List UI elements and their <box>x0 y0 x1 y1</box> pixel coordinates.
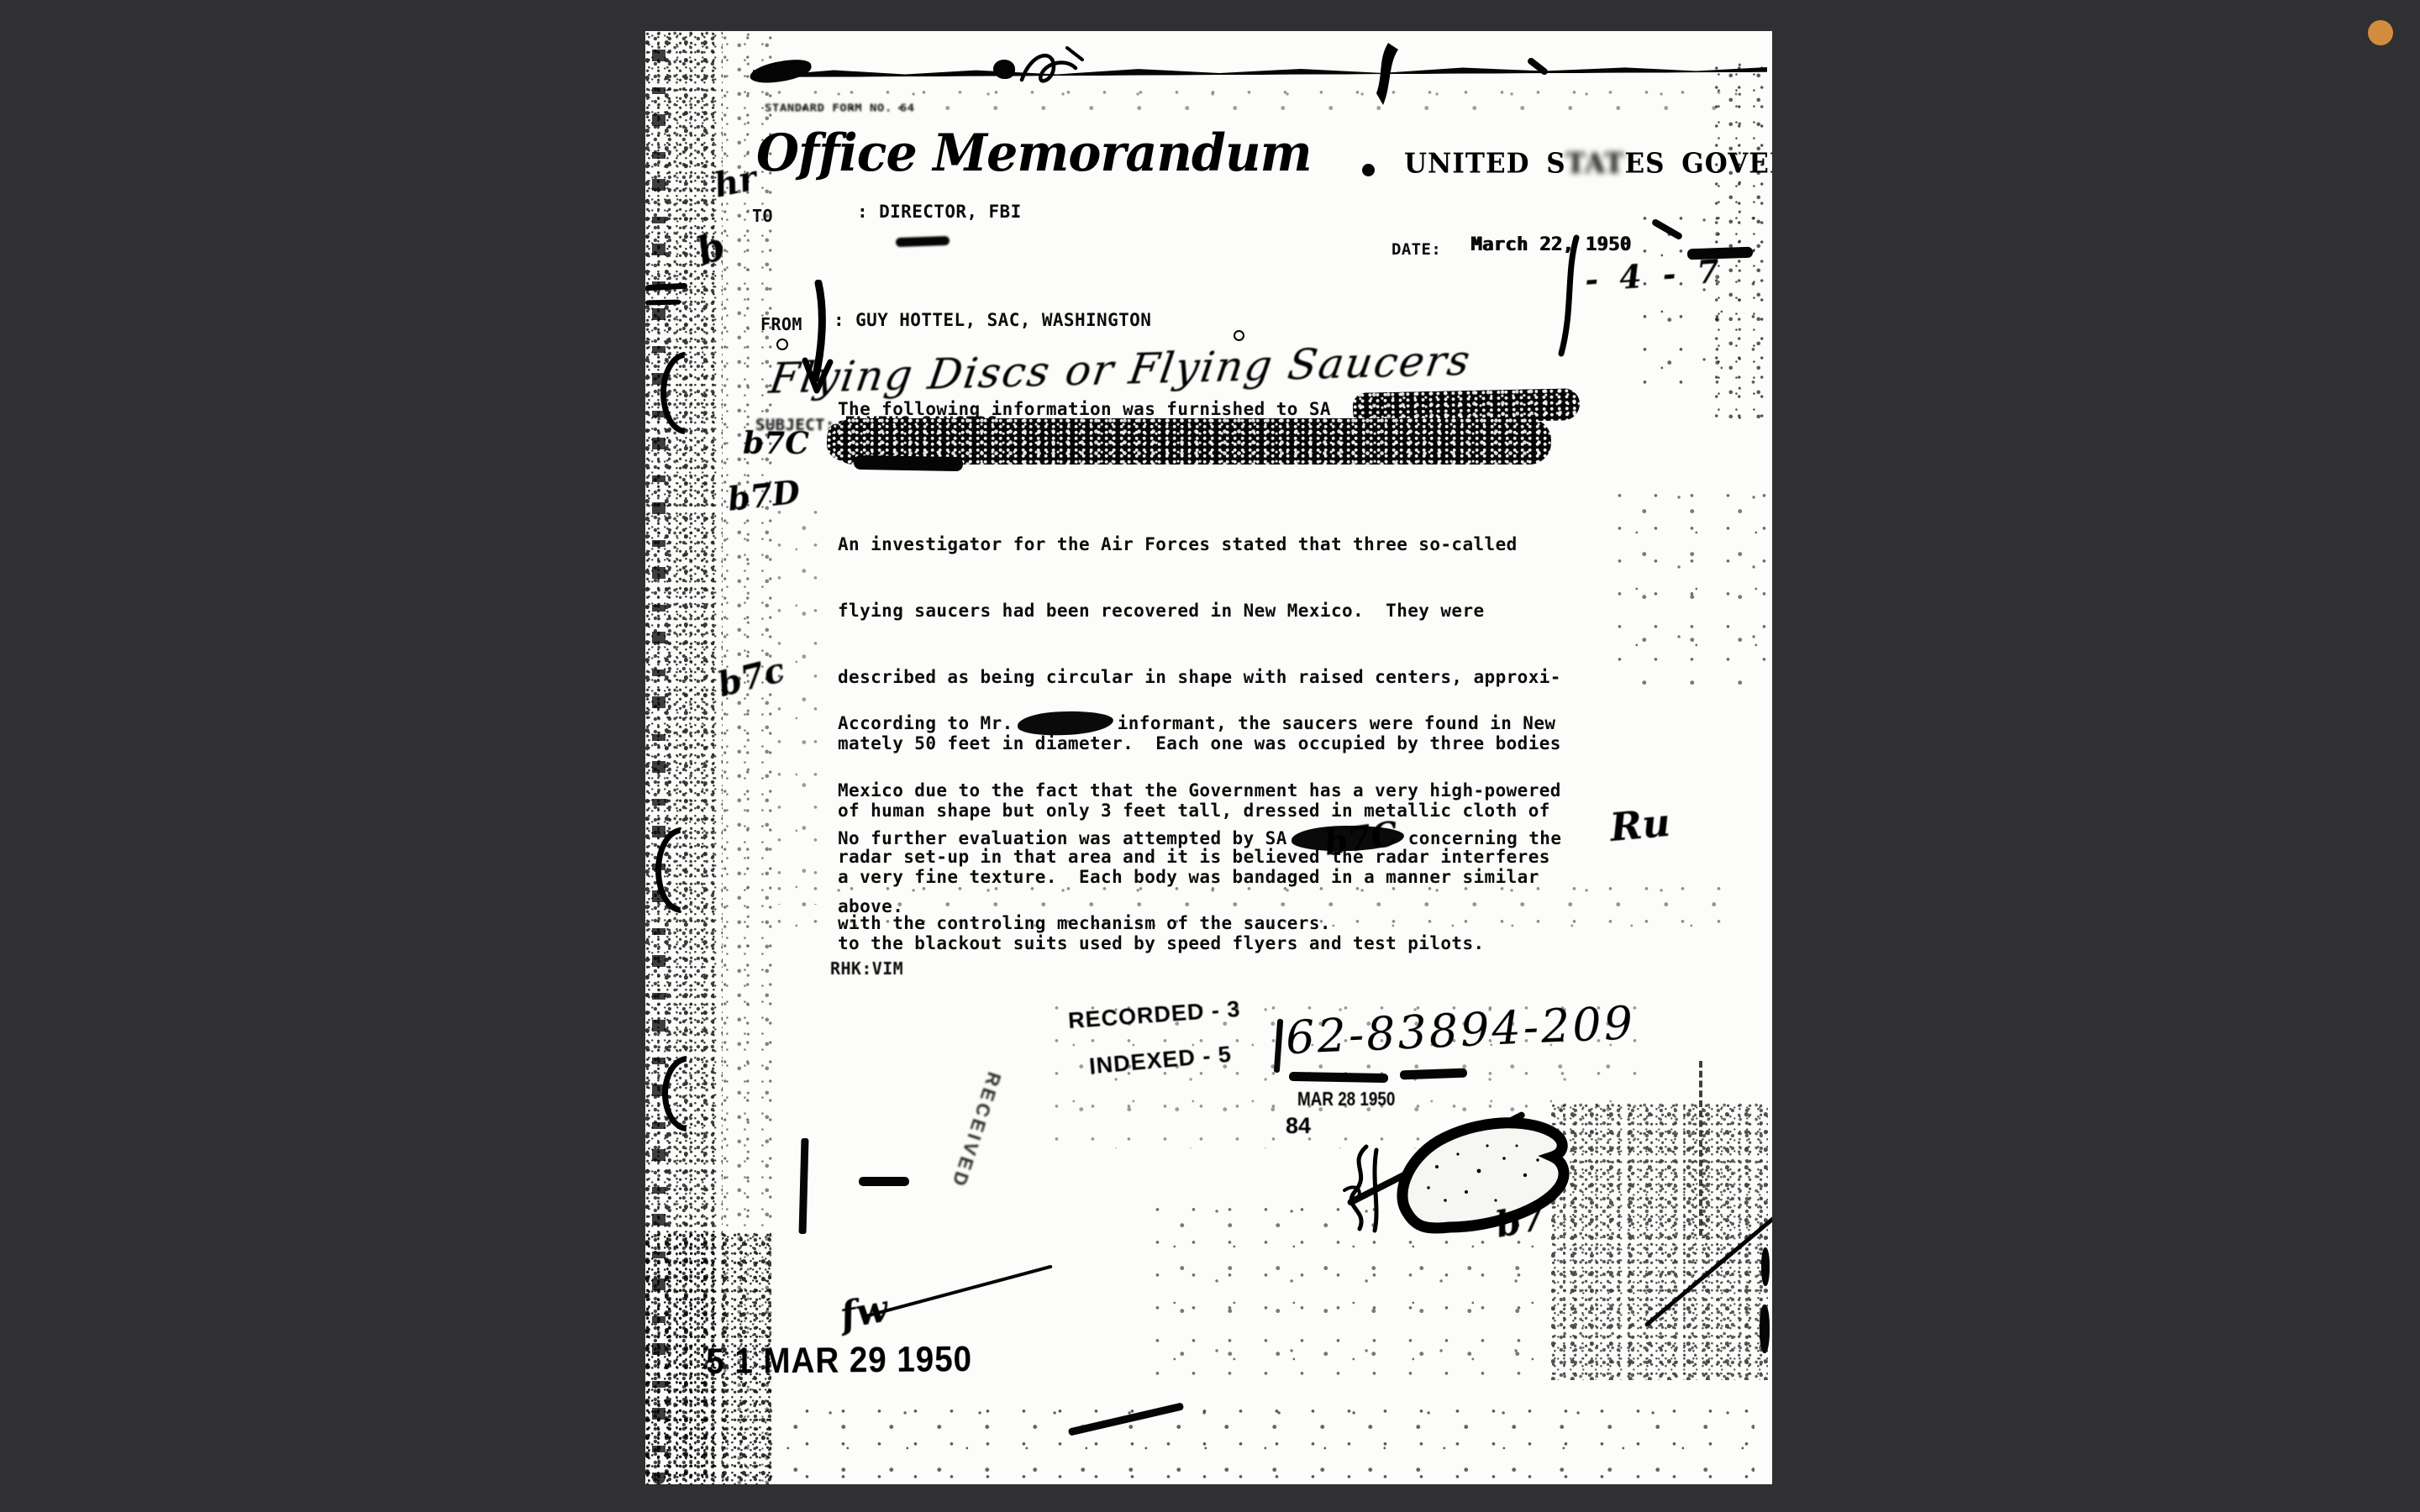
pen-scribble <box>1338 1140 1390 1234</box>
hw-bold-dash <box>1687 247 1753 260</box>
hw-exemption-b7d: b7D <box>726 473 802 518</box>
thin-diagonal-line <box>865 1265 1052 1318</box>
date-label: DATE: <box>1391 240 1441 259</box>
hw-date-stroke <box>1551 233 1585 359</box>
para3-line2: above. <box>838 895 1561 917</box>
para1-line: flying saucers had been recovered in New… <box>838 600 1561 622</box>
noise-top <box>771 81 1738 123</box>
to-label: TO <box>752 206 773 226</box>
para2-pre: According to Mr. <box>838 712 1013 734</box>
noise-bottom-band <box>763 1400 1754 1480</box>
ink-blob-scribble <box>1386 1108 1584 1251</box>
typist-initials: RHK:VIM <box>830 958 903 979</box>
para2-line-redacted: According to Mr. informant, the saucers … <box>838 711 1561 735</box>
noise-mid-right <box>1612 485 1767 686</box>
redaction-informant-name <box>1017 710 1113 737</box>
intro-line: The following information was furnished … <box>838 399 1331 419</box>
page-top-edge-line <box>753 65 1767 77</box>
stamp-number: 84 <box>1286 1113 1311 1139</box>
noise-para-left <box>771 501 830 905</box>
hw-exemption-b7c: b7C <box>743 426 809 461</box>
received-stamp-rotated: RECEIVED <box>947 1069 1005 1191</box>
right-edge-blot <box>1761 1247 1770 1286</box>
right-dashed-line <box>1699 1061 1702 1236</box>
gov-title-post: ES GOVERNMENT <box>1624 148 1772 180</box>
to-underline-smudge <box>896 236 950 247</box>
hw-exemption-b7-blob: b7 <box>1492 1196 1548 1245</box>
date-received-stamp: MAR 28 1950 <box>1297 1088 1395 1110</box>
bold-dash <box>859 1177 909 1186</box>
from-label: FROM <box>760 314 802 334</box>
noise-date-area <box>1637 207 1763 392</box>
hw-degree-mark <box>776 339 788 350</box>
date-stamp-bottom: 5 1 MAR 29 1950 <box>706 1339 972 1383</box>
from-value: : GUY HOTTEL, SAC, WASHINGTON <box>834 310 1151 330</box>
para1-line: An investigator for the Air Forces state… <box>838 533 1561 555</box>
title-bullet <box>1362 164 1375 176</box>
edge-line-fragment <box>645 300 681 306</box>
notification-dot <box>2368 20 2393 45</box>
hw-degree-mark <box>1234 330 1244 341</box>
scanned-memo-page: STANDARD FORM NO. 64 Office Memorandum U… <box>645 31 1772 1484</box>
to-value: : DIRECTOR, FBI <box>857 202 1022 222</box>
ink-check-mark <box>1366 41 1403 107</box>
ink-squiggle <box>1017 43 1089 97</box>
hw-file-underline <box>1289 1072 1388 1083</box>
paragraph-3: No further evaluation was attempted by S… <box>838 781 1561 962</box>
redaction-bar-tail <box>854 455 963 471</box>
para2-post: informant, the saucers were found in New <box>1118 712 1556 734</box>
gov-title-smudge: TAT <box>1566 148 1625 180</box>
hw-initials-ru: Ru <box>1608 800 1672 850</box>
memo-title: Office Memorandum <box>756 123 1312 183</box>
ink-dot <box>993 60 1015 79</box>
gov-title-pre: UNITED S <box>1404 148 1566 180</box>
gov-title: UNITED STATES GOVERNMENT <box>1404 148 1772 180</box>
vertical-pen-bar <box>799 1138 809 1234</box>
viewer-background: STANDARD FORM NO. 64 Office Memorandum U… <box>0 0 2420 1512</box>
form-number-label: STANDARD FORM NO. 64 <box>765 102 915 114</box>
para3-post: concerning the <box>1408 827 1562 849</box>
right-edge-blot <box>1760 1305 1770 1353</box>
para3-line-redacted: No further evaluation was attempted by S… <box>838 826 1561 851</box>
para3-pre: No further evaluation was attempted by S… <box>838 827 1287 849</box>
